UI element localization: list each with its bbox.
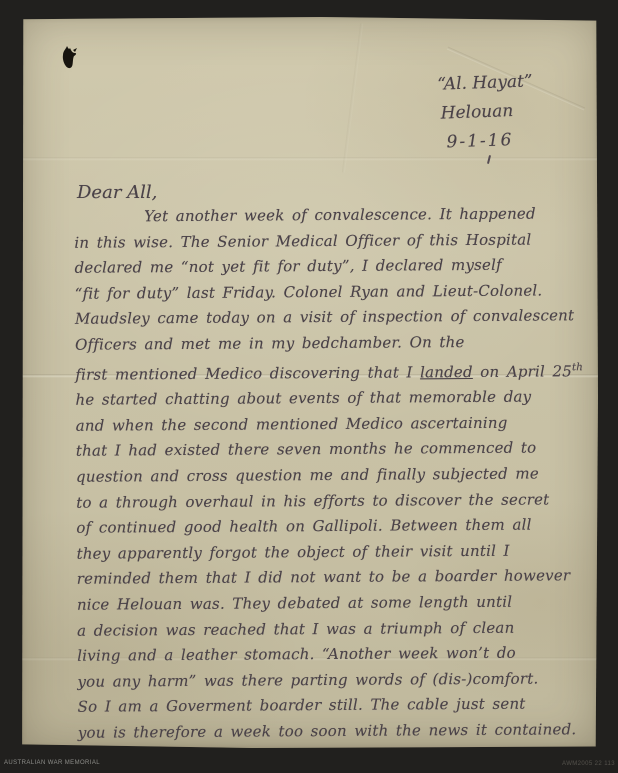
letter-line: Maudsley came today on a visit of inspec… [75,304,567,333]
letter-line: they apparently forgot the object of the… [76,538,568,567]
landing-line-ordinal-suffix: th [572,362,583,373]
letterhead: “Al. Hayat” Helouan 9-1-16 [415,67,558,159]
letter-line: you any harm” was there parting words of… [77,666,569,695]
landing-line-underlined-word: landed [420,363,473,381]
ink-blot [59,44,81,76]
letter-line: reminded them that I did not want to be … [77,564,569,593]
letter-body: Yet another week of convalescence. It ha… [74,201,570,746]
salutation: Dear All, [77,182,157,203]
letter-line: that I had existed there seven months he… [76,436,568,465]
letter-line: declared me “not yet fit for duty”, I de… [74,252,566,281]
letter-line: and when the second mentioned Medico asc… [76,410,568,439]
letter-page: “Al. Hayat” Helouan 9-1-16 Dear All, Yet… [21,17,598,748]
letter-line: Officers and met me in my bedchamber. On… [75,329,567,358]
letter-line: question and cross question me and final… [76,461,568,490]
letter-line-landing: first mentioned Medico discovering that … [75,355,567,388]
letter-line: nice Helouan was. They debated at some l… [77,589,569,618]
letter-line: he started chatting about events of that… [75,384,567,413]
wrinkle-crease [342,23,363,172]
letter-line: of continued good health on Gallipoli. B… [76,512,568,541]
landing-line-post: on April 25 [473,362,572,381]
photographed-letter: “Al. Hayat” Helouan 9-1-16 Dear All, Yet… [0,0,618,773]
letterhead-place: Helouan [416,96,539,129]
archive-reference-caption: AWM2005 22 113 [562,761,615,767]
letter-line: “fit for duty” last Friday. Colonel Ryan… [75,278,567,307]
letter-line: Yet another week of convalescence. It ha… [74,201,566,230]
letter-line: you is therefore a week too soon with th… [78,717,570,746]
landing-line-pre: first mentioned Medico discovering that … [75,363,420,383]
fold-crease [21,157,598,161]
letter-line: to a through overhaul in his efforts to … [76,487,568,516]
letter-line: a decision was reached that I was a triu… [77,615,569,644]
letter-line: in this wise. The Senior Medical Officer… [74,227,566,256]
letter-line: living and a leather stomach. “Another w… [77,640,569,669]
archive-name-caption: AUSTRALIAN WAR MEMORIAL [4,760,100,766]
letterhead-date: 9-1-16 [417,125,544,158]
letter-line: So I am a Goverment boarder still. The c… [78,692,570,721]
